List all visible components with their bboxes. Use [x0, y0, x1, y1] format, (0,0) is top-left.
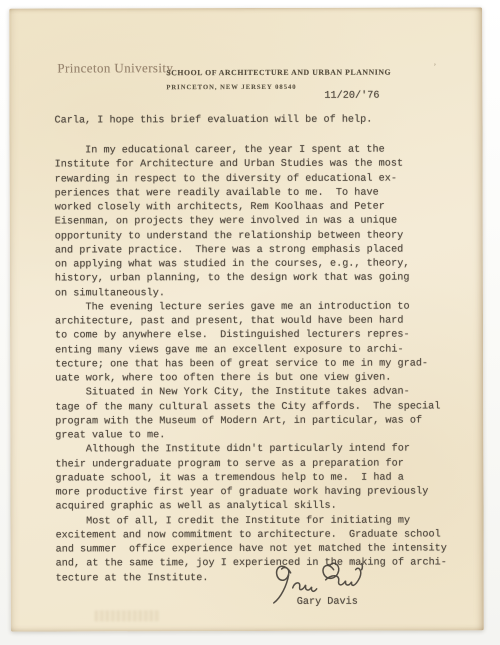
letter-greeting: Carla, I hope this brief evaluation will… — [54, 115, 372, 127]
typed-signature-name: Gary Davis — [297, 597, 358, 608]
letter-body-line: graduate school, it was a tremendous hel… — [55, 471, 446, 486]
stray-ink-mark: ’ — [433, 62, 436, 72]
letterhead-university-name: Princeton University — [57, 60, 173, 76]
letter-body-line: enting many views gave me an excellent e… — [55, 343, 446, 358]
letter-body-line: acquired graphic as well as analytical s… — [55, 500, 446, 515]
letter-body-line: excitement and now commitment to archite… — [56, 528, 447, 543]
signature-block: Gary Davis — [266, 558, 381, 614]
letter-body-line: history, urban planning, to the design w… — [55, 272, 446, 287]
letter-body-line: periences that were readily available to… — [55, 186, 446, 201]
letter-body-line: The evening lecture series gave me an in… — [55, 300, 446, 315]
letter-body-line: Most of all, I credit the Institute for … — [56, 514, 447, 529]
letter-body-line: tage of the many cultural assets the Cit… — [55, 400, 446, 415]
letter-body-line: Eisenman, on projects they were involved… — [55, 215, 446, 230]
letter-body-line: Institute for Architecture and Urban Stu… — [55, 158, 446, 173]
letter-body-line: and, at the same time, joy I experienced… — [56, 557, 447, 572]
letter-body-line: architecture, past and present, that wou… — [55, 314, 446, 329]
letter-body-line: tecture; one that has been of great serv… — [55, 357, 446, 372]
letter-body-line: program with the Museum of Modern Art, i… — [55, 414, 446, 429]
letter-body-line: uate work, where too often there is but … — [55, 371, 446, 386]
letter-body-line: worked closely with architects, Rem Kool… — [55, 200, 446, 215]
letter-body-line: their undergraduate program to serve as … — [55, 457, 446, 472]
letterhead-address: PRINCETON, NEW JERSEY 08540 — [166, 84, 296, 91]
letter-body-line: and summer office experience have not ye… — [56, 542, 447, 557]
letter-body-line: rewarding in respect to the diversity of… — [55, 172, 446, 187]
letter-body-line: on simultaneously. — [55, 286, 446, 301]
letter-body-line: tecture at the Institute. — [56, 571, 447, 586]
letter-body-line: In my educational career, the year I spe… — [55, 143, 446, 158]
letter-body-line: on applying what was studied in the cour… — [55, 257, 446, 272]
letter-body-line: Situated in New York City, the Institute… — [55, 386, 446, 401]
letter-body: In my educational career, the year I spe… — [55, 143, 447, 586]
letterhead-school-name: SCHOOL OF ARCHITECTURE AND URBAN PLANNIN… — [166, 68, 391, 78]
letter-body-line: and private practice. There was a strong… — [55, 243, 446, 258]
letter-body-line: opportunity to understand the relationsh… — [55, 229, 446, 244]
letter-body-line: more productive first year of graduate w… — [55, 485, 446, 500]
letter-body-line: Although the Institute didn't particular… — [55, 443, 446, 458]
letter-date: 11/20/'76 — [324, 91, 379, 102]
letter-body-line: great value to me. — [55, 428, 446, 443]
letter-body-line: to come by anywhere else. Distinguished … — [55, 329, 446, 344]
faint-stamp-mark — [95, 610, 159, 621]
letter-page: Princeton University SCHOOL OF ARCHITECT… — [9, 7, 484, 631]
